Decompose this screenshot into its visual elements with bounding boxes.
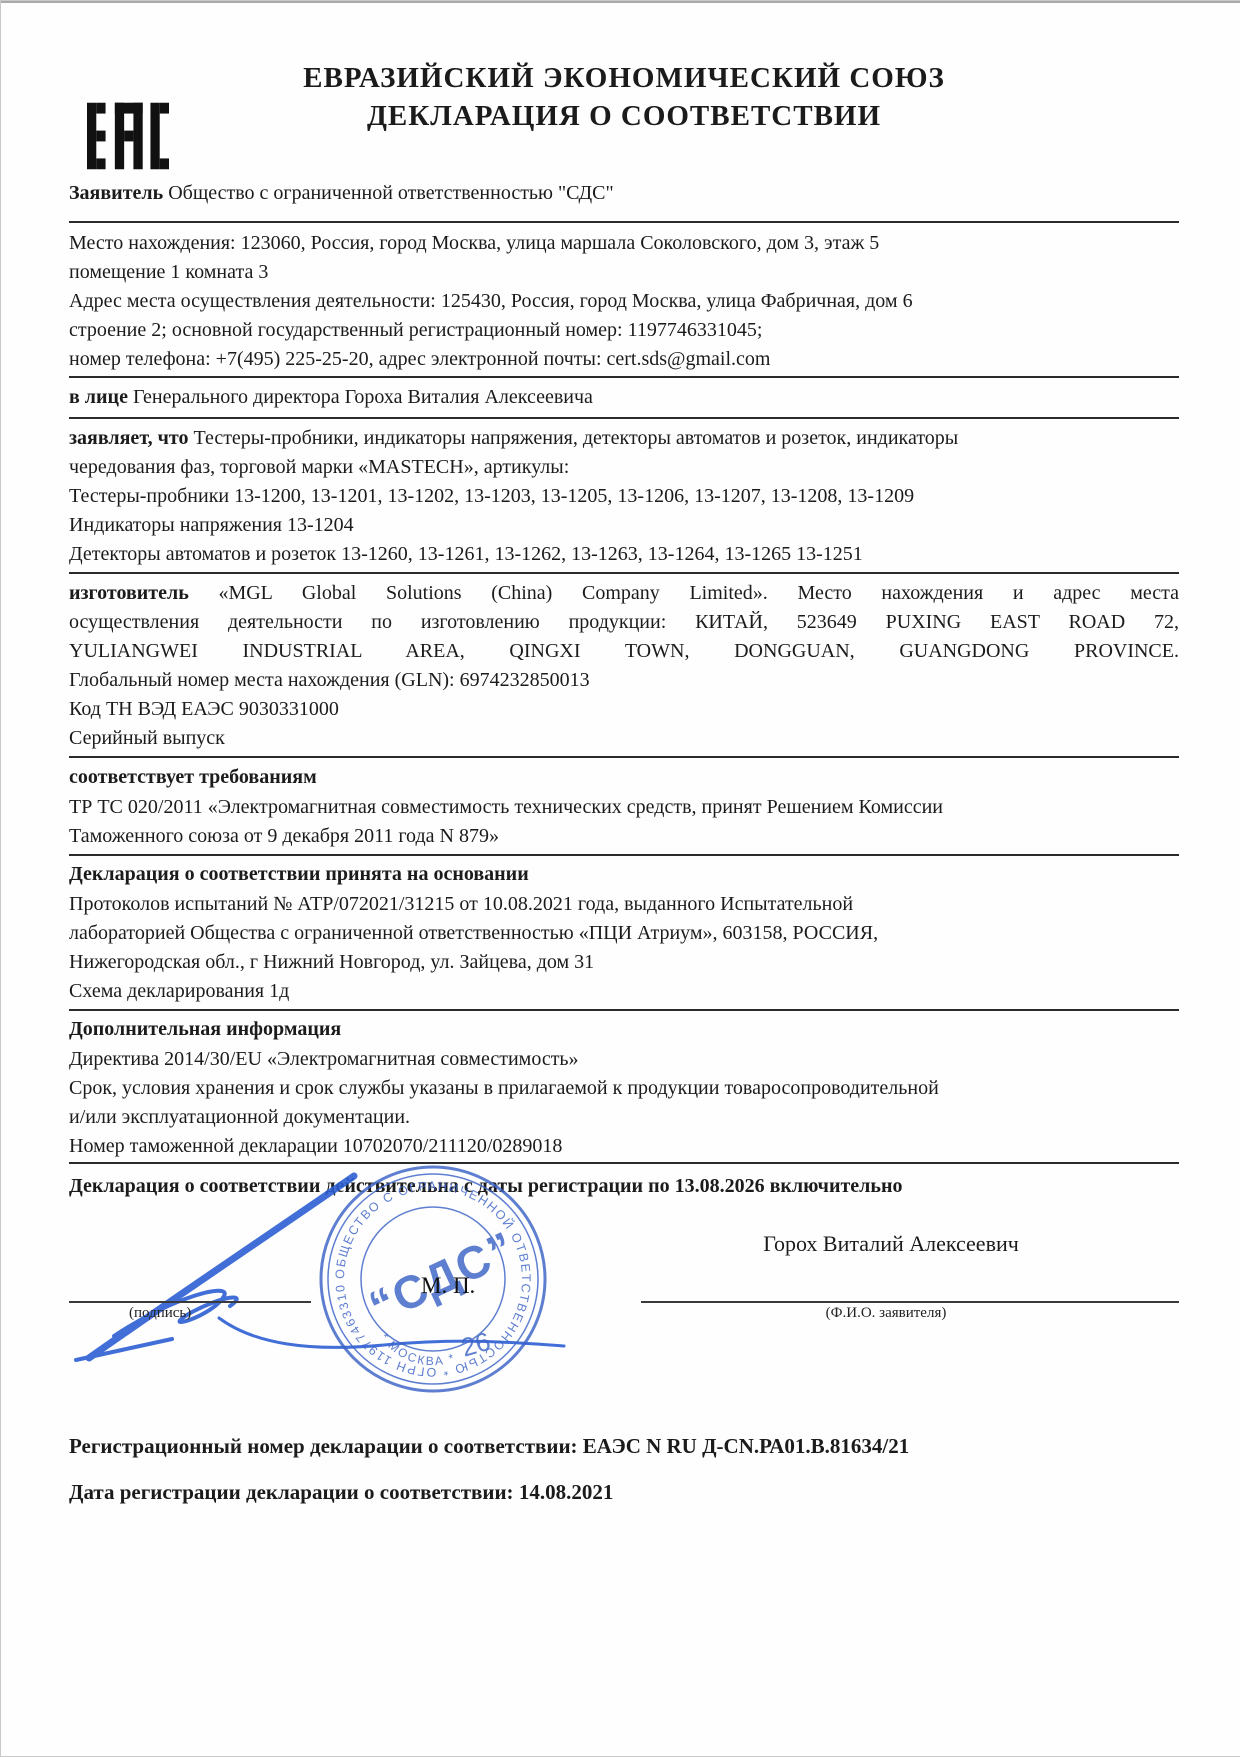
activity-address-line: Адрес места осуществления деятельности: … <box>69 287 1179 316</box>
declares-products: Тестеры-пробники, индикаторы напряжения,… <box>193 427 958 449</box>
phone-email-line: номер телефона: +7(495) 225-25-20, адрес… <box>69 345 1179 374</box>
manufacturer-label: изготовитель <box>69 582 189 604</box>
registration-date-line: Дата регистрации декларации о соответств… <box>69 1477 1179 1507</box>
gln-line: Глобальный номер места нахождения (GLN):… <box>69 666 1179 695</box>
testers-articles-line: Тестеры-пробники 13-1200, 13-1201, 13-12… <box>69 482 1179 511</box>
manufacturer-line2: осуществления деятельности по изготовлен… <box>69 608 1179 637</box>
represented-by-label: в лице <box>69 386 128 408</box>
directive-line: Директива 2014/30/EU «Электромагнитная с… <box>69 1045 1179 1074</box>
tr-ts-line1: ТР ТС 020/2011 «Электромагнитная совмест… <box>69 793 1179 822</box>
applicant-full-name: Горох Виталий Алексеевич <box>641 1231 1141 1257</box>
location-line: Место нахождения: 123060, Россия, город … <box>69 229 1179 258</box>
indicators-articles-line: Индикаторы напряжения 13-1204 <box>69 511 1179 540</box>
document-header: ЕВРАЗИЙСКИЙ ЭКОНОМИЧЕСКИЙ СОЮЗ ДЕКЛАРАЦИ… <box>69 1 1179 135</box>
registration-date-value: 14.08.2021 <box>519 1480 614 1504</box>
registration-number-line: Регистрационный номер декларации о соотв… <box>69 1431 1179 1461</box>
applicant-row: Заявитель Общество с ограниченной ответс… <box>69 179 1179 223</box>
signature-line <box>69 1301 311 1303</box>
signature-zone: ОБЩЕСТВО С ОГРАНИЧЕННОЙ ОТВЕТСТВЕННОСТЬЮ… <box>69 1201 1179 1387</box>
basis-heading: Декларация о соответствии принята на осн… <box>69 859 1179 890</box>
manufacturer-section: изготовитель «MGL Global Solutions (Chin… <box>69 574 1179 758</box>
storage-terms-line: Срок, условия хранения и срок службы ука… <box>69 1074 1179 1103</box>
registration-number-value: ЕАЭС N RU Д-CN.РА01.В.81634/21 <box>583 1434 909 1458</box>
seal-place-abbr: М. П. <box>421 1273 475 1299</box>
represented-by-row: в лице Генерального директора Гороха Вит… <box>69 378 1179 419</box>
ogrn-line: строение 2; основной государственный рег… <box>69 316 1179 345</box>
name-line <box>641 1301 1179 1303</box>
tr-ts-line2: Таможенного союза от 9 декабря 2011 года… <box>69 822 1179 851</box>
signature-caption: (подпись) <box>129 1305 191 1322</box>
serial-production-line: Серийный выпуск <box>69 724 1179 753</box>
applicant-label: Заявитель <box>69 182 163 204</box>
registration-number-label: Регистрационный номер декларации о соотв… <box>69 1434 578 1458</box>
location-line2: помещение 1 комната 3 <box>69 258 1179 287</box>
protocol-line1: Протоколов испытаний № АТР/072021/31215 … <box>69 890 1179 919</box>
document-title: ДЕКЛАРАЦИЯ О СООТВЕТСТВИИ <box>69 97 1179 135</box>
protocol-line3: Нижегородская обл., г Нижний Новгород, у… <box>69 948 1179 977</box>
basis-section: Декларация о соответствии принята на осн… <box>69 856 1179 1011</box>
additional-info-heading: Дополнительная информация <box>69 1014 1179 1045</box>
additional-info-section: Дополнительная информация Директива 2014… <box>69 1011 1179 1164</box>
represented-by-value: Генерального директора Гороха Виталия Ал… <box>133 386 593 408</box>
storage-terms-line2: и/или эксплуатационной документации. <box>69 1103 1179 1132</box>
declaration-scheme-line: Схема декларирования 1д <box>69 977 1179 1006</box>
declares-label: заявляет, что <box>69 427 188 449</box>
manufacturer-name: «MGL Global Solutions (China) Company Li… <box>218 582 1179 604</box>
declares-line2: чередования фаз, торговой марки «MASTECH… <box>69 453 1179 482</box>
protocol-line2: лабораторией Общества с ограниченной отв… <box>69 919 1179 948</box>
requirements-section: соответствует требованиям ТР ТС 020/2011… <box>69 758 1179 856</box>
applicant-value: Общество с ограниченной ответственностью… <box>168 182 613 204</box>
union-title: ЕВРАЗИЙСКИЙ ЭКОНОМИЧЕСКИЙ СОЮЗ <box>69 59 1179 97</box>
tnved-code-line: Код ТН ВЭД ЕАЭС 9030331000 <box>69 695 1179 724</box>
declares-section: заявляет, что Тестеры-пробники, индикато… <box>69 419 1179 574</box>
manufacturer-line3: YULIANGWEI INDUSTRIAL AREA, QINGXI TOWN,… <box>69 637 1179 666</box>
declaration-document: ЕВРАЗИЙСКИЙ ЭКОНОМИЧЕСКИЙ СОЮЗ ДЕКЛАРАЦИ… <box>0 0 1240 1757</box>
applicant-details-section: Место нахождения: 123060, Россия, город … <box>69 223 1179 378</box>
manufacturer-line1: изготовитель «MGL Global Solutions (Chin… <box>69 579 1179 608</box>
registration-date-label: Дата регистрации декларации о соответств… <box>69 1480 514 1504</box>
detectors-articles-line: Детекторы автоматов и розеток 13-1260, 1… <box>69 540 1179 569</box>
declares-line1: заявляет, что Тестеры-пробники, индикато… <box>69 424 1179 453</box>
requirements-heading: соответствует требованиям <box>69 762 1179 793</box>
name-caption: (Ф.И.О. заявителя) <box>671 1305 1101 1322</box>
